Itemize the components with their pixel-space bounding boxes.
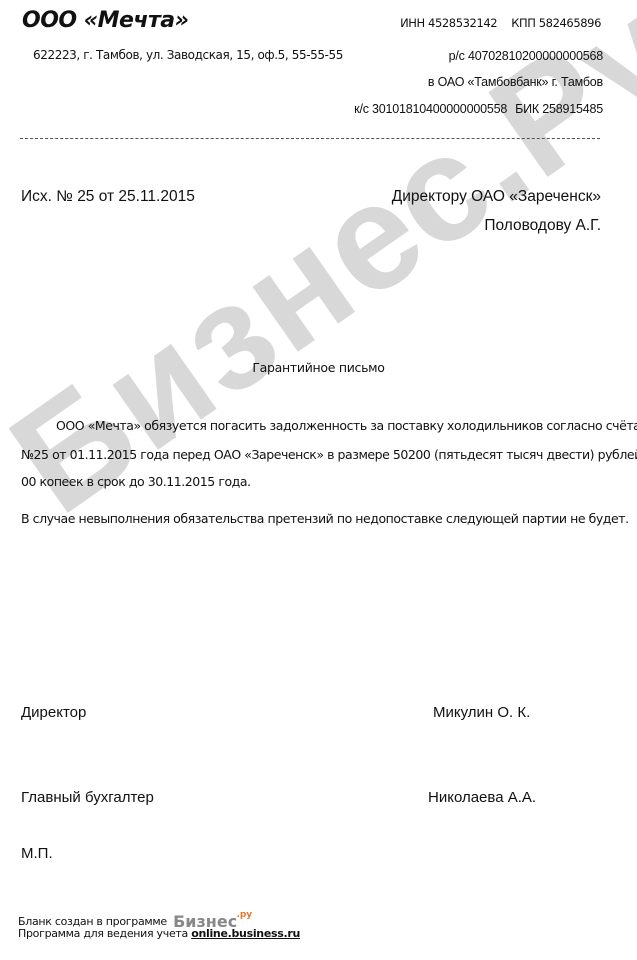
addressee-name: Половодову А.Г. bbox=[484, 217, 601, 235]
tax-ids: ИНН 4528532142КПП 582465896 bbox=[400, 16, 601, 30]
corr-account: к/с 30101810400000000558 bbox=[354, 102, 507, 116]
kpp: КПП 582465896 bbox=[511, 16, 601, 30]
signature-name-accountant: Николаева А.А. bbox=[428, 789, 536, 806]
corr-account-line: к/с 30101810400000000558БИК 258915485 bbox=[354, 102, 603, 116]
footer: Бланк создан в программе Бизнес.ру Прогр… bbox=[18, 916, 300, 940]
paragraph1-line3: 00 копеек в срок до 30.11.2015 года. bbox=[21, 474, 251, 489]
paragraph2: В случае невыполнения обязательства прет… bbox=[21, 511, 629, 526]
footer-program-text: Программа для ведения учета bbox=[18, 927, 188, 940]
signature-name-director: Микулин О. К. bbox=[433, 704, 530, 721]
stamp-place: М.П. bbox=[21, 845, 53, 862]
company-name: ООО «Мечта» bbox=[22, 8, 188, 33]
signature-role-director: Директор bbox=[21, 704, 86, 721]
footer-line2: Программа для ведения учета online.busin… bbox=[18, 928, 300, 940]
addressee-position: Директору ОАО «Зареченск» bbox=[392, 188, 601, 206]
signature-role-accountant: Главный бухгалтер bbox=[21, 789, 154, 806]
bik: БИК 258915485 bbox=[515, 102, 603, 116]
outgoing-number: Исх. № 25 от 25.11.2015 bbox=[21, 188, 195, 206]
company-address: 622223, г. Тамбов, ул. Заводская, 15, оф… bbox=[33, 48, 343, 62]
bank-account: р/с 40702810200000000568 bbox=[449, 49, 603, 63]
letter-title: Гарантийное письмо bbox=[0, 360, 637, 375]
bank-name: в ОАО «Тамбовбанк» г. Тамбов bbox=[428, 75, 603, 89]
brand-suffix: .ру bbox=[236, 909, 252, 921]
brand-logo: Бизнес.ру bbox=[173, 916, 237, 928]
paragraph1-line1: ООО «Мечта» обязуется погасить задолженн… bbox=[56, 418, 637, 433]
inn: ИНН 4528532142 bbox=[400, 16, 497, 30]
brand-name: Бизнес bbox=[173, 912, 237, 931]
paragraph1-line2: №25 от 01.11.2015 года перед ОАО «Зарече… bbox=[21, 447, 637, 462]
header-divider bbox=[20, 138, 600, 139]
